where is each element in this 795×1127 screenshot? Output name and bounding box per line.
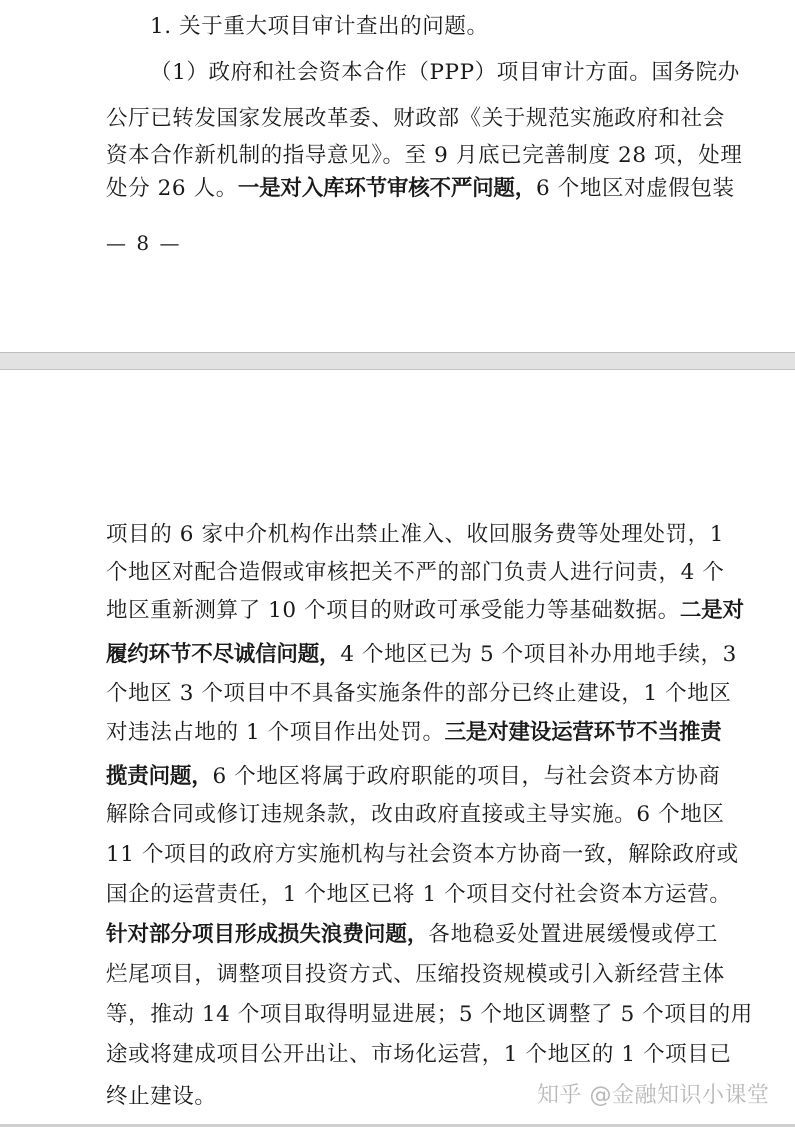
bold-text-segment: 三是对建设运营环节不当推责 bbox=[445, 720, 722, 745]
paragraph-line: 履约环节不尽诚信问题，4 个地区已为 5 个项目补办用地手续，3 bbox=[106, 640, 718, 670]
paragraph-line: 国企的运营责任，1 个地区已将 1 个项目交付社会资本方运营。 bbox=[106, 880, 718, 910]
paragraph-line: 针对部分项目形成损失浪费问题，各地稳妥处置进展缓慢或停工 bbox=[106, 920, 718, 950]
text-segment: 对违法占地的 1 个项目作出处罚。 bbox=[106, 720, 445, 745]
watermark: 知乎 @金融知识小课堂 bbox=[537, 1078, 770, 1109]
bold-text-segment: 一是对入库环节审核不严问题， bbox=[238, 176, 536, 201]
bold-text-segment: 二是对 bbox=[680, 598, 744, 623]
text-segment: 个地区对配合造假或审核把关不严的部门负责人进行问责，4 个 bbox=[106, 560, 724, 585]
text-segment: 处分 26 人。 bbox=[106, 176, 238, 201]
paragraph-line: 个地区对配合造假或审核把关不严的部门负责人进行问责，4 个 bbox=[106, 558, 718, 588]
text-segment: 解除合同或修订违规条款，改由政府直接或主导实施。6 个地区 bbox=[106, 802, 724, 827]
paragraph-line: 对违法占地的 1 个项目作出处罚。三是对建设运营环节不当推责 bbox=[106, 718, 718, 748]
text-segment: （1）政府和社会资本合作（PPP）项目审计方面。国务院办 bbox=[150, 60, 740, 85]
text-segment: 烂尾项目，调整项目投资方式、压缩投资规模或引入新经营主体 bbox=[106, 962, 725, 987]
text-segment: 11 个项目的政府方实施机构与社会资本方协商一致，解除政府或 bbox=[106, 842, 739, 867]
document-page-upper: 1. 关于重大项目审计查出的问题。 （1）政府和社会资本合作（PPP）项目审计方… bbox=[0, 0, 795, 352]
paragraph-line: 等，推动 14 个项目取得明显进展；5 个地区调整了 5 个项目的用 bbox=[106, 1000, 718, 1030]
paragraph-line: 资本合作新机制的指导意见》。至 9 月底已完善制度 28 项，处理 bbox=[106, 141, 718, 171]
text-segment: 终止建设。 bbox=[106, 1084, 217, 1109]
page-number: — 8 — bbox=[106, 228, 181, 258]
paragraph-line: 项目的 6 家中介机构作出禁止准入、收回服务费等处理处罚，1 bbox=[106, 520, 718, 550]
text-segment: 6 个地区对虚假包装 bbox=[536, 176, 735, 201]
text-segment: 国企的运营责任，1 个地区已将 1 个项目交付社会资本方运营。 bbox=[106, 882, 731, 907]
text-segment: 4 个地区已为 5 个项目补办用地手续，3 bbox=[340, 642, 737, 667]
paragraph-line: 途或将建成项目公开出让、市场化运营，1 个地区的 1 个项目已 bbox=[106, 1040, 718, 1070]
text-segment: 途或将建成项目公开出让、市场化运营，1 个地区的 1 个项目已 bbox=[106, 1042, 731, 1067]
paragraph-line: 揽责问题，6 个地区将属于政府职能的项目，与社会资本方协商 bbox=[106, 762, 718, 792]
text-segment: 等，推动 14 个项目取得明显进展；5 个地区调整了 5 个项目的用 bbox=[106, 1002, 753, 1027]
section-heading: 1. 关于重大项目审计查出的问题。 bbox=[150, 12, 489, 42]
paragraph-line: 地区重新测算了 10 个项目的财政可承受能力等基础数据。二是对 bbox=[106, 596, 718, 626]
bold-text-segment: 针对部分项目形成损失浪费问题， bbox=[106, 922, 428, 947]
paragraph-line: 处分 26 人。一是对入库环节审核不严问题，6 个地区对虚假包装 bbox=[106, 174, 718, 204]
paragraph-line: 个地区 3 个项目中不具备实施条件的部分已终止建设，1 个地区 bbox=[106, 679, 718, 709]
text-segment: 个地区 3 个项目中不具备实施条件的部分已终止建设，1 个地区 bbox=[106, 681, 731, 706]
paragraph-line: 解除合同或修订违规条款，改由政府直接或主导实施。6 个地区 bbox=[106, 800, 718, 830]
text-segment: 项目的 6 家中介机构作出禁止准入、收回服务费等处理处罚，1 bbox=[106, 522, 724, 547]
text-segment: 公厅已转发国家发展改革委、财政部《关于规范实施政府和社会 bbox=[106, 106, 725, 131]
paragraph-line: 11 个项目的政府方实施机构与社会资本方协商一致，解除政府或 bbox=[106, 840, 718, 870]
paragraph-line: 烂尾项目，调整项目投资方式、压缩投资规模或引入新经营主体 bbox=[106, 960, 718, 990]
text-segment: 各地稳妥处置进展缓慢或停工 bbox=[428, 922, 718, 947]
paragraph-line: （1）政府和社会资本合作（PPP）项目审计方面。国务院办 bbox=[150, 58, 718, 88]
bold-text-segment: 履约环节不尽诚信问题， bbox=[106, 642, 340, 667]
text-segment: 资本合作新机制的指导意见》。至 9 月底已完善制度 28 项，处理 bbox=[106, 143, 742, 168]
bold-text-segment: 揽责问题， bbox=[106, 764, 213, 789]
page-separator bbox=[0, 352, 795, 370]
paragraph-line: 公厅已转发国家发展改革委、财政部《关于规范实施政府和社会 bbox=[106, 104, 718, 134]
text-segment: 1. 关于重大项目审计查出的问题。 bbox=[150, 14, 489, 39]
text-segment: 地区重新测算了 10 个项目的财政可承受能力等基础数据。 bbox=[106, 598, 680, 623]
text-segment: 6 个地区将属于政府职能的项目，与社会资本方协商 bbox=[213, 764, 721, 789]
